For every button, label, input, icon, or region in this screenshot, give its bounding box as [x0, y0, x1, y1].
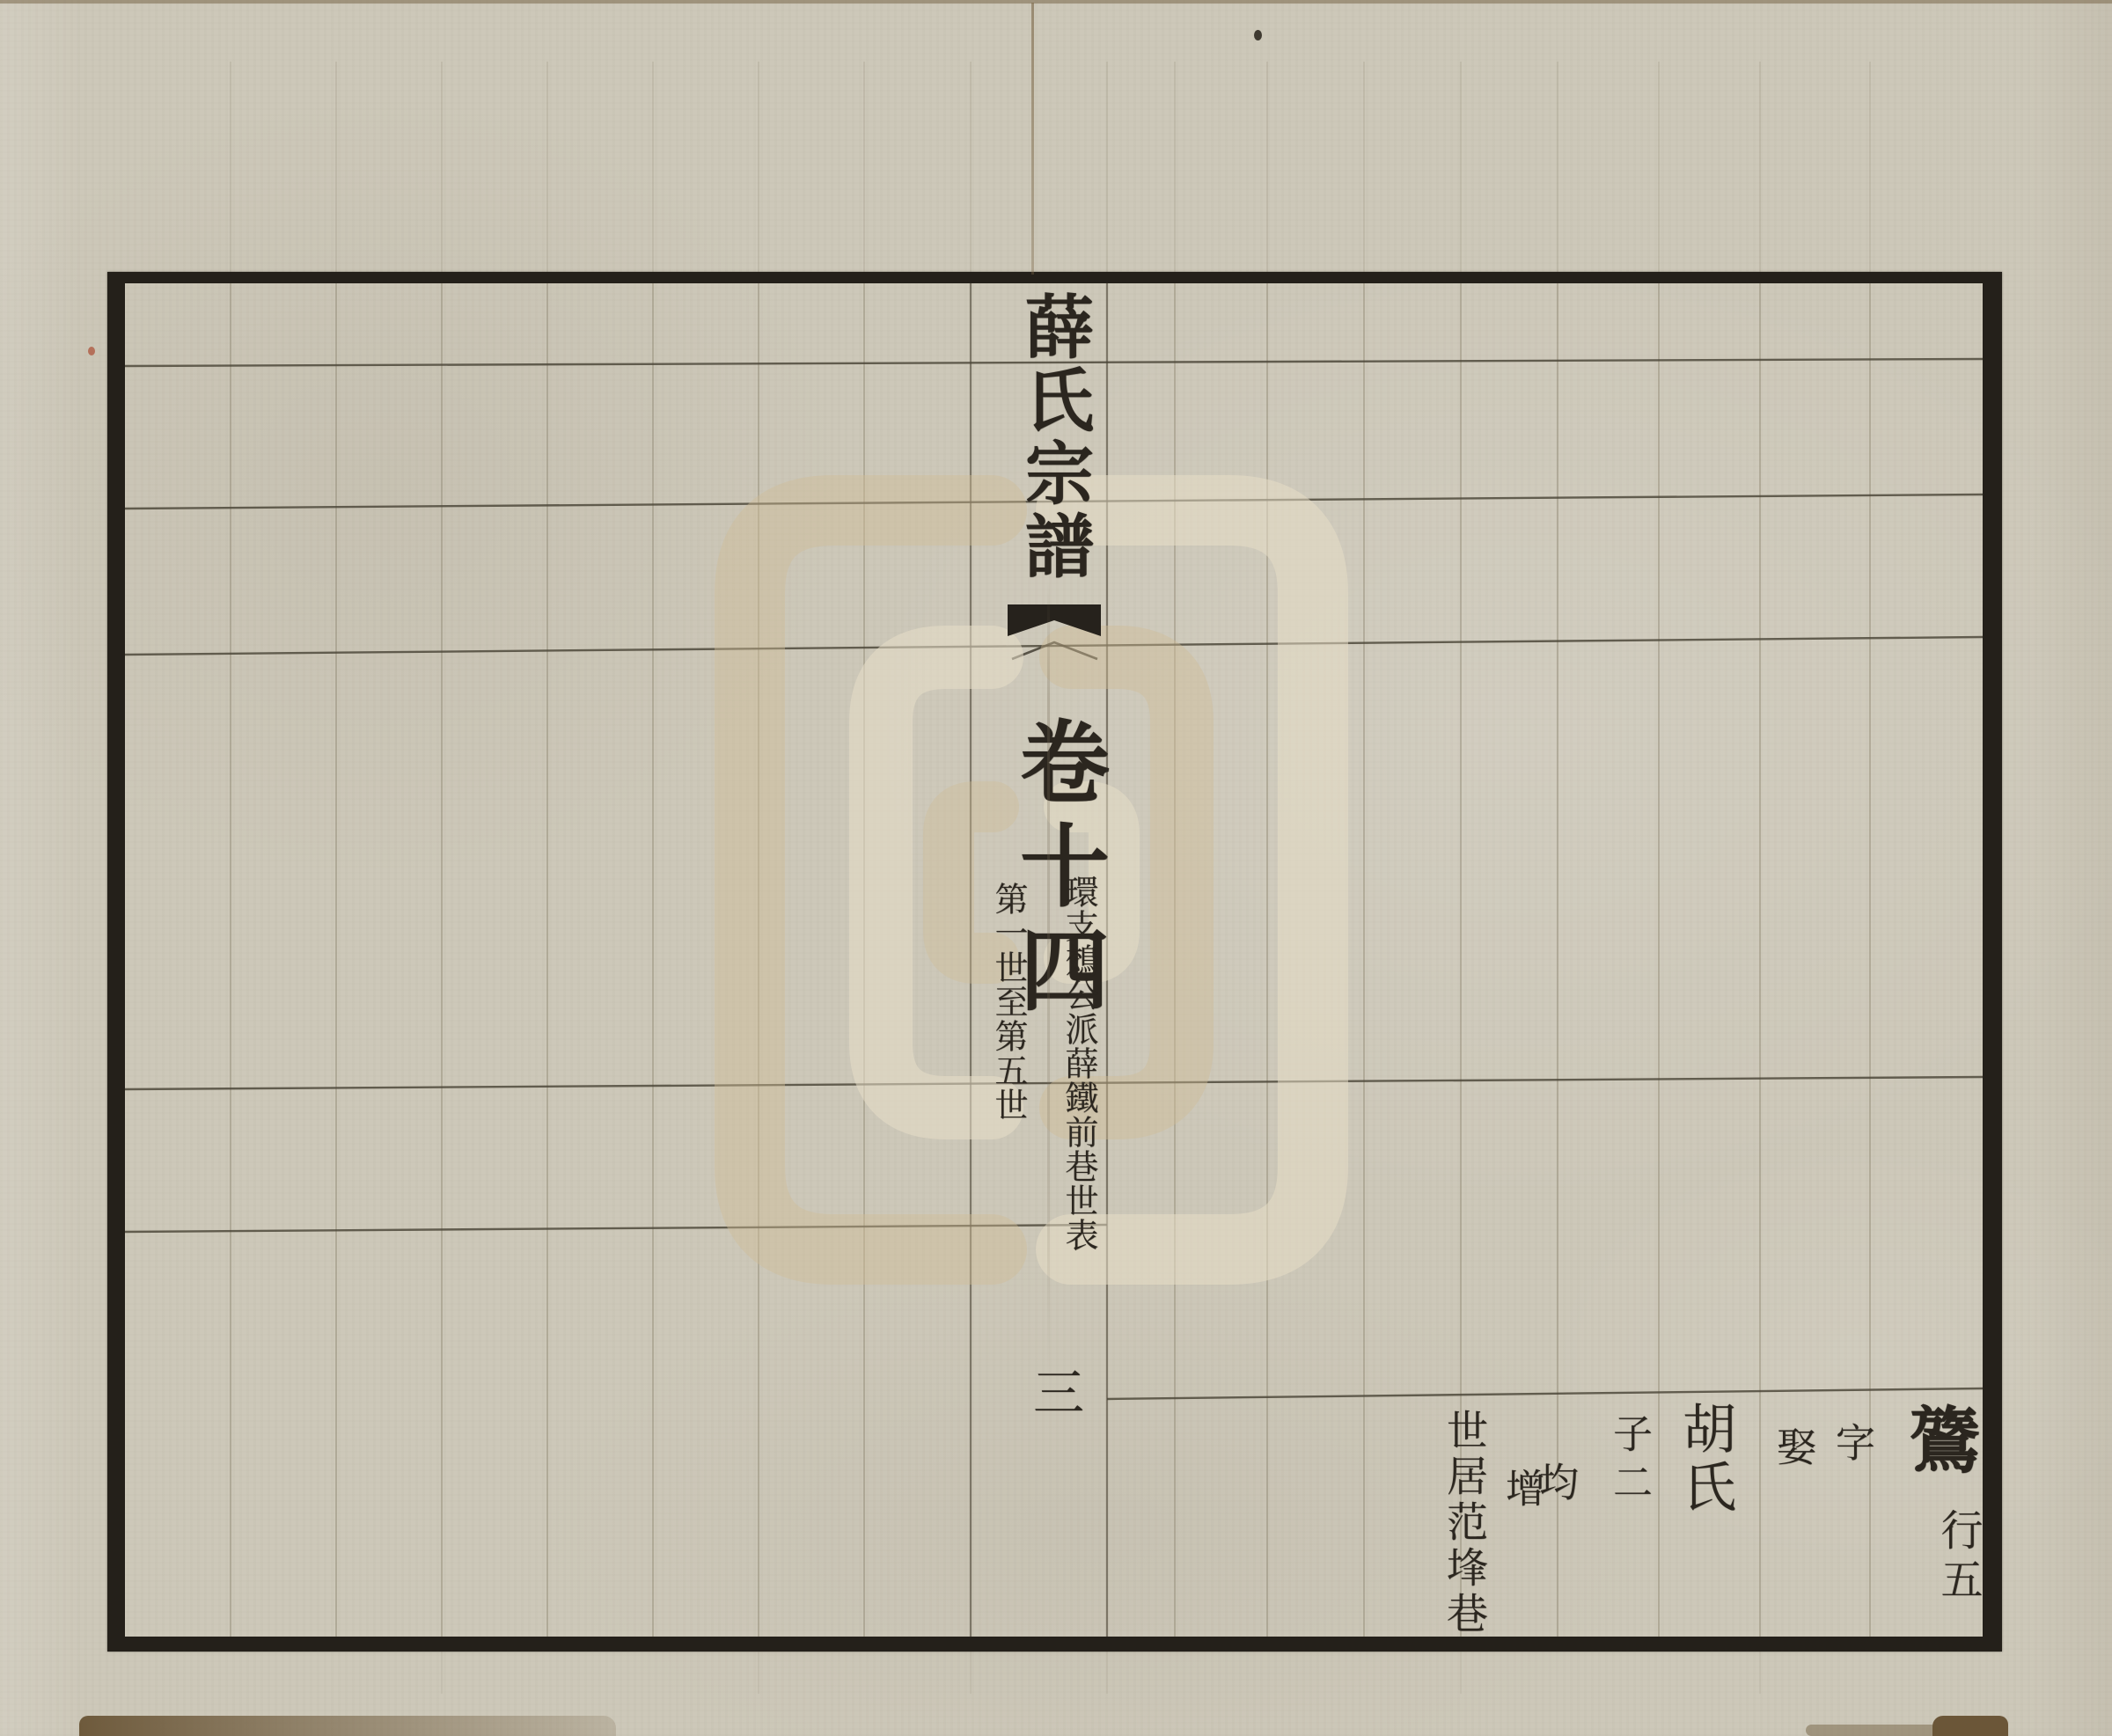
bottom-right-stain — [1932, 1716, 2008, 1736]
fold-crease — [1047, 579, 1050, 1375]
section-subtitle-left: 第一世至第五世 — [991, 882, 1024, 1122]
bottom-left-stain — [79, 1716, 616, 1736]
book-title: 薛氏宗譜 — [1019, 291, 1088, 583]
scan-top-edge — [0, 0, 2112, 4]
entry-courtesy-label: 字 — [1831, 1422, 1871, 1461]
fold-crease-top — [1031, 3, 1034, 275]
page-number: 三 — [1028, 1366, 1079, 1417]
red-speck — [88, 347, 95, 355]
entry-person-name: 鷟 — [1903, 1403, 1975, 1475]
entry-marriage-label: 娶 — [1772, 1426, 1812, 1466]
entry-wife-name: 胡氏 — [1677, 1401, 1731, 1517]
scanned-genealogy-page: 薛氏宗譜 卷十四 環支鵁公派薛鐵前巷世表 第一世至第五世 三 鷟 行五 字 娶 … — [0, 0, 2112, 1736]
entry-son-2: 增 — [1501, 1468, 1541, 1507]
bottom-right-stain-2 — [1806, 1725, 1938, 1736]
section-subtitle-right: 環支鵁公派薛鐵前巷世表 — [1061, 875, 1095, 1252]
entry-sons-count: 子二 — [1609, 1413, 1648, 1510]
ink-speck — [1254, 30, 1262, 40]
entry-rank: 行五 — [1936, 1508, 1978, 1607]
entry-residence: 世居范埄巷 — [1442, 1409, 1484, 1637]
